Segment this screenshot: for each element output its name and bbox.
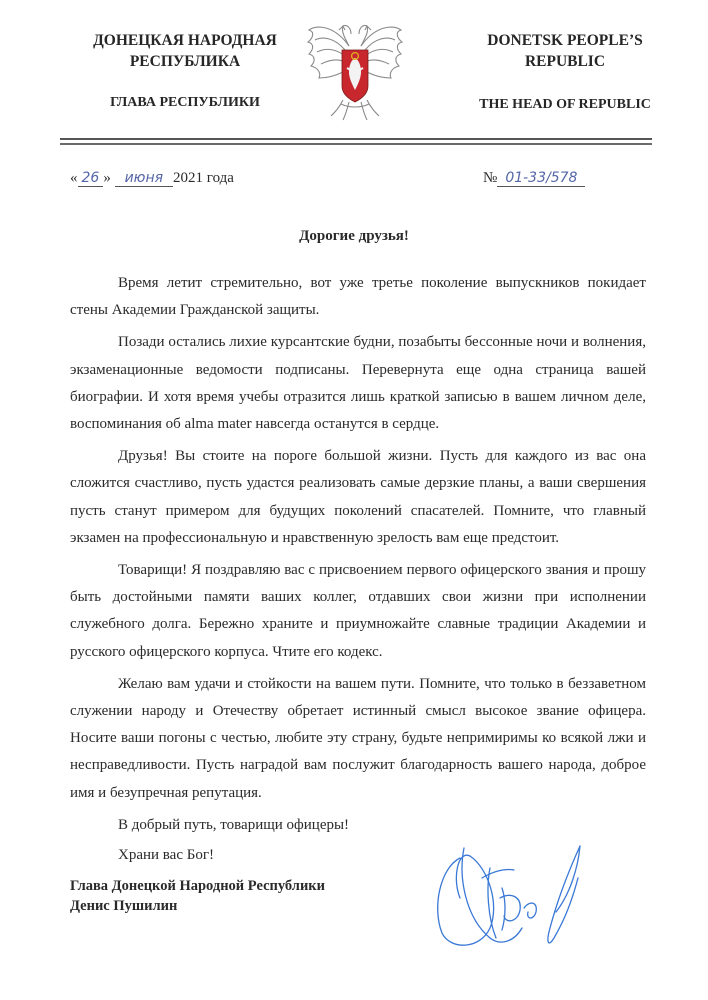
date-day: 26 (78, 170, 104, 187)
org-name-en-line2: REPUBLIC (460, 51, 670, 72)
letter-body: Время летит стремительно, вот уже третье… (70, 270, 646, 872)
letterhead-left: ДОНЕЦКАЯ НАРОДНАЯ РЕСПУБЛИКА ГЛАВА РЕСПУ… (80, 30, 290, 113)
coat-of-arms-icon (305, 16, 405, 124)
number-value: 01-33/578 (497, 170, 585, 187)
title-ru: ГЛАВА РЕСПУБЛИКИ (80, 92, 290, 113)
org-name-ru-line2: РЕСПУБЛИКА (80, 51, 290, 72)
paragraph: Желаю вам удачи и стойкости на вашем пут… (70, 671, 646, 807)
number-label: № (483, 170, 497, 186)
signer-position: Глава Донецкой Народной Республики (70, 876, 325, 896)
header-divider-top (60, 138, 652, 140)
paragraph: Позади остались лихие курсантские будни,… (70, 329, 646, 438)
signature-icon (430, 838, 600, 958)
org-name-en-line1: DONETSK PEOPLE’S (460, 30, 670, 51)
paragraph: Товарищи! Я поздравляю вас с присвоением… (70, 557, 646, 666)
date-month: июня (115, 170, 173, 187)
header-divider-bottom (60, 143, 652, 145)
paragraph: В добрый путь, товарищи офицеры! (70, 812, 646, 839)
title-en: THE HEAD OF REPUBLIC (460, 94, 670, 115)
date-year: 2021 года (173, 170, 234, 186)
paragraph: Друзья! Вы стоите на пороге большой жизн… (70, 443, 646, 552)
date-close-quote: » (103, 170, 111, 186)
paragraph: Время летит стремительно, вот уже третье… (70, 270, 646, 324)
letterhead-right: DONETSK PEOPLE’S REPUBLIC THE HEAD OF RE… (460, 30, 670, 115)
date-line: «26» июня2021 года (70, 170, 234, 187)
signer-name: Денис Пушилин (70, 896, 325, 916)
date-open-quote: « (70, 170, 78, 186)
greeting: Дорогие друзья! (0, 228, 708, 245)
document-number: №01-33/578 (483, 170, 585, 187)
signature-block: Глава Донецкой Народной Республики Денис… (70, 876, 325, 916)
org-name-ru-line1: ДОНЕЦКАЯ НАРОДНАЯ (80, 30, 290, 51)
